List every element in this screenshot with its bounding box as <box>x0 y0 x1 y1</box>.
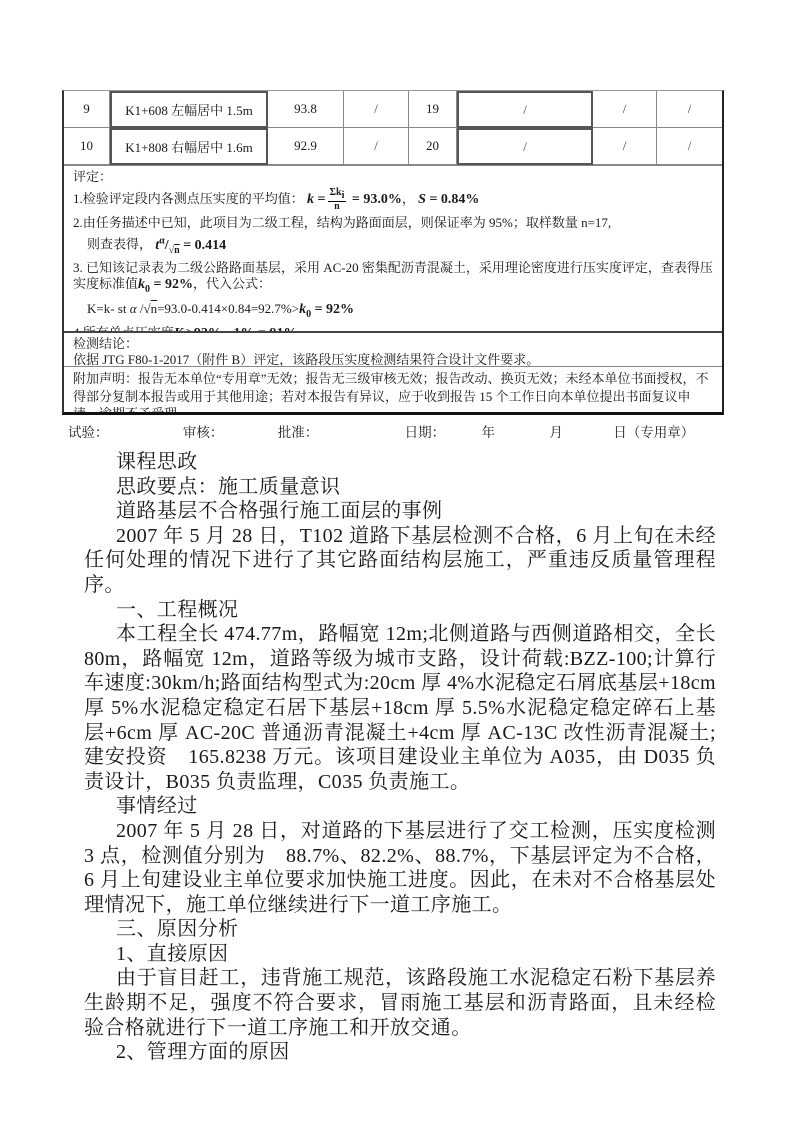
Ki-formula: Ki>92% - 1% = 91% <box>174 326 298 331</box>
conclusion-section: 检测结论： 依据 JTG F80-1-2017（附件 B）评定，该路段压实度检测… <box>64 331 722 366</box>
s-formula: S = 0.84% <box>418 192 479 207</box>
disclaimer-text: 附加声明：报告无本单位“专用章”无效；报告无三级审核无效；报告改动、换页无效；未… <box>73 370 713 412</box>
label-day-seal: 日（专用章） <box>613 421 694 441</box>
label-approve: 批准： <box>278 421 319 441</box>
cell-station: K1+608 左幅居中 1.5m <box>110 91 268 128</box>
item4-text: 4.所有单点压实度 <box>73 325 174 331</box>
article-heading-1: 一、工程概况 <box>84 598 716 623</box>
cell-blank: / <box>593 91 657 128</box>
alpha: α <box>130 301 137 316</box>
disclaimer-section: 附加声明：报告无本单位“专用章”无效；报告无三级审核无效；报告改动、换页无效；未… <box>64 366 722 412</box>
cell-measured: / <box>457 128 593 165</box>
article-intro: 2007 年 5 月 28 日，T102 道路下基层检测不合格，6 月上旬在未经… <box>84 524 716 598</box>
cell-density: 92.9 <box>268 128 344 165</box>
evaluation-item-3b: K=k- st α /√n=93.0-0.414×0.84=92.7%>k0 =… <box>87 301 713 323</box>
cell-seq: 10 <box>64 128 110 165</box>
cell-blank: / <box>657 91 722 128</box>
conclusion-title: 检测结论： <box>73 336 713 352</box>
cell-blank: / <box>657 128 722 165</box>
item2b-text: 则查表得， <box>87 237 152 252</box>
cell-blank: / <box>593 128 657 165</box>
test-report-table: 9 K1+608 左幅居中 1.5m 93.8 / 19 / / / 10 K1… <box>62 90 724 415</box>
cell-seq2: 19 <box>409 91 457 128</box>
t-alpha-formula: tα/√n = 0.414 <box>155 238 226 253</box>
label-month: 月 <box>549 421 563 441</box>
conclusion-body: 依据 JTG F80-1-2017（附件 B）评定，该路段压实度检测结果符合设计… <box>73 352 713 366</box>
table-row: 10 K1+808 右幅居中 1.6m 92.9 / 20 / / / <box>64 128 722 165</box>
label-test: 试验： <box>68 421 109 441</box>
mean-formula: k =Σkin = 93.0% <box>307 192 402 207</box>
k0-formula: k0 = 92% <box>138 277 193 292</box>
label-date: 日期： <box>405 421 446 441</box>
article-subheading-1: 1、直接原因 <box>84 942 716 967</box>
evaluation-item-2b: 则查表得， tα/√n = 0.414 <box>87 233 713 258</box>
cell-blank: / <box>344 128 409 165</box>
cell-seq2: 20 <box>409 128 457 165</box>
K-formula-result: =93.0-0.414×0.84=92.7%> <box>157 301 299 316</box>
item1-text: 1.检验评定段内各测点压实度的平均值： <box>73 191 304 206</box>
evaluation-item-3: 3. 已知该记录表为二级公路路面基层，采用 AC-20 密集配沥青混凝土，采用理… <box>73 260 713 298</box>
signature-row: 试验： 审核： 批准： 日期： 年 月 日（专用章） <box>62 421 720 441</box>
report-page: 9 K1+608 左幅居中 1.5m 93.8 / 19 / / / 10 K1… <box>0 0 800 1131</box>
evaluation-item-1: 1.检验评定段内各测点压实度的平均值： k =Σkin = 93.0%， S =… <box>73 188 713 212</box>
article-heading-2: 事情经过 <box>84 794 716 819</box>
item3-suffix: ，代入公式： <box>193 276 271 291</box>
label-review: 审核： <box>183 421 224 441</box>
article-case-title: 道路基层不合格强行施工面层的事例 <box>84 499 716 524</box>
evaluation-item-2: 2.由任务描述中已知，此项目为二级工程，结构为路面面层，则保证率为 95%；取样… <box>73 215 713 231</box>
separator: ， <box>402 191 415 206</box>
evaluation-title: 评定： <box>73 169 713 185</box>
article-title: 课程思政 <box>84 450 716 475</box>
fraction: Σkin <box>328 188 347 212</box>
cell-measured: / <box>457 91 593 128</box>
cell-blank: / <box>344 91 409 128</box>
cell-station: K1+808 右幅居中 1.6m <box>110 128 268 165</box>
article-keypoint: 思政要点：施工质量意识 <box>84 475 716 500</box>
evaluation-section: 评定： 1.检验评定段内各测点压实度的平均值： k =Σkin = 93.0%，… <box>64 165 722 331</box>
article-process: 2007 年 5 月 28 日，对道路的下基层进行了交工检测，压实度检测 3 点… <box>84 819 716 917</box>
K-formula-text: K=k- st <box>87 301 130 316</box>
table-row: 9 K1+608 左幅居中 1.5m 93.8 / 19 / / / <box>64 91 722 128</box>
course-article: 课程思政 思政要点：施工质量意识 道路基层不合格强行施工面层的事例 2007 年… <box>84 450 716 1065</box>
cell-seq: 9 <box>64 91 110 128</box>
article-direct-cause: 由于盲目赶工，违背施工规范，该路段施工水泥稳定石粉下基层养生龄期不足，强度不符合… <box>84 966 716 1040</box>
k0-formula: k0 = 92% <box>299 302 354 317</box>
sqrt-n: √n <box>143 301 157 316</box>
label-year: 年 <box>482 421 496 441</box>
article-subheading-2: 2、管理方面的原因 <box>84 1040 716 1065</box>
article-overview: 本工程全长 474.77m，路幅宽 12m;北侧道路与西侧道路相交，全长 80m… <box>84 622 716 794</box>
cell-density: 93.8 <box>268 91 344 128</box>
article-heading-3: 三、原因分析 <box>84 917 716 942</box>
